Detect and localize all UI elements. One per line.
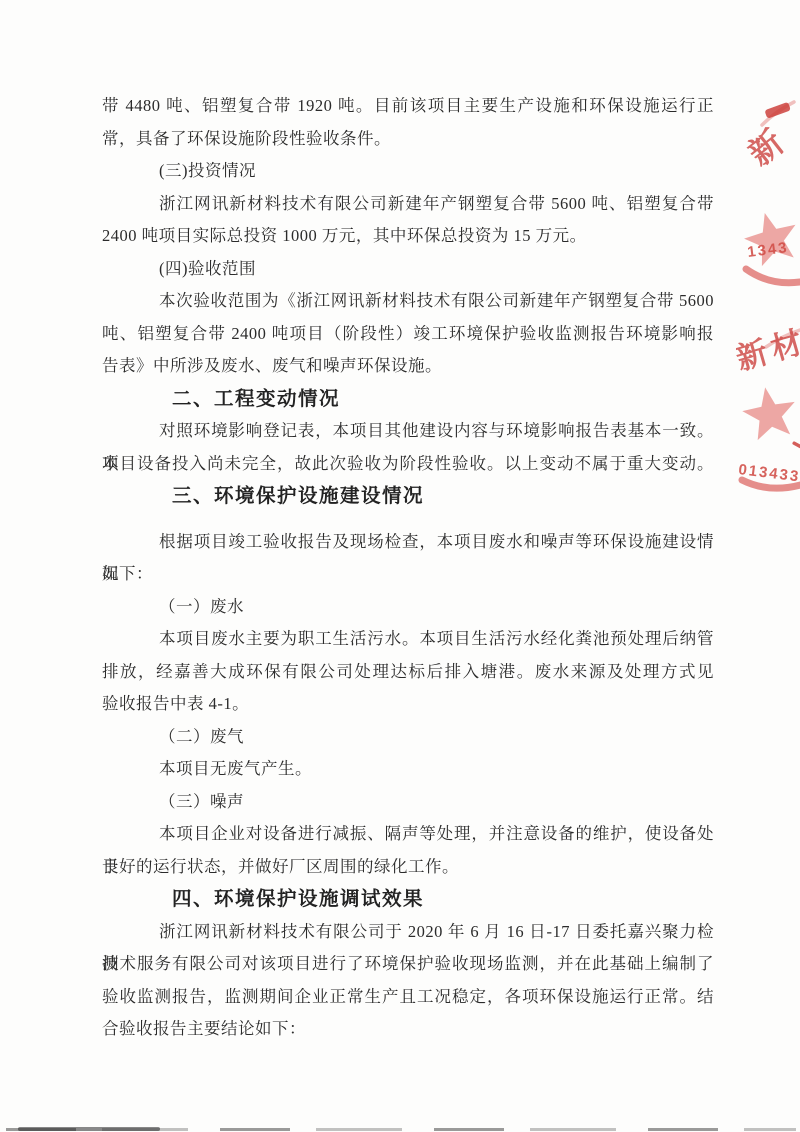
text-line: 浙江网讯新材料技术有限公司于 2020 年 6 月 16 日-17 日委托嘉兴聚… [102,916,714,949]
seal-serial-digits: 1343 [746,239,789,261]
document-text-body: 带 4480 吨、铝塑复合带 1920 吨。目前该项目主要生产设施和环保设施运行… [102,90,714,1046]
text-line: 项目设备投入尚未完全，故此次验收为阶段性验收。以上变动不属于重大变动。 [102,448,714,481]
seal-ink-mark [792,441,800,449]
section-heading: 四、环境保护设施调试效果 [102,883,714,916]
text-line: （一）废水 [102,591,714,624]
star-icon [742,206,800,269]
seal-graphic: 新材 013433 [736,323,800,501]
seal-ring-arc-bottom [742,480,800,488]
scan-edge-artifact-dark [18,1127,160,1131]
text-line: 良好的运行状态，并做好厂区周围的绿化工作。 [102,851,714,884]
text-line: 本项目废水主要为职工生活污水。本项目生活污水经化粪池预处理后纳管 [102,623,714,656]
text-line: 如下： [102,558,714,591]
seal-ring-arc-top [762,102,794,125]
seal-graphic: 新 1343 [742,93,800,293]
text-line: 根据项目竣工验收报告及现场检查，本项目废水和噪声等环保设施建设情况 [102,526,714,559]
seal-ink-mark [764,102,791,119]
seal-characters: 新 [742,123,790,172]
text-line: 排放，经嘉善大成环保有限公司处理达标后排入塘港。废水来源及处理方式见 [102,656,714,689]
text-line: 带 4480 吨、铝塑复合带 1920 吨。目前该项目主要生产设施和环保设施运行… [102,90,714,123]
text-line: 本项目企业对设备进行减振、隔声等处理，并注意设备的维护，使设备处于 [102,818,714,851]
text-line: 验收报告中表 4-1。 [102,688,714,721]
text-line: （三）噪声 [102,786,714,819]
seal-serial-digits: 013433 [738,461,800,485]
text-line: 本次验收范围为《浙江网讯新材料技术有限公司新建年产钢塑复合带 5600 [102,285,714,318]
text-line: (三)投资情况 [102,155,714,188]
seal-ring-arc-bottom [746,269,800,283]
red-seal-stamp-fragment-1: 新 1343 [730,93,800,298]
seal-ring-arc-top [766,330,800,347]
text-line: 对照环境影响登记表，本项目其他建设内容与环境影响报告表基本一致。本 [102,415,714,448]
text-line: 合验收报告主要结论如下： [102,1013,714,1046]
section-heading: 二、工程变动情况 [102,383,714,416]
text-line: 2400 吨项目实际总投资 1000 万元，其中环保总投资为 15 万元。 [102,220,714,253]
red-seal-stamp-fragment-2: 新材 013433 [728,323,800,501]
star-icon [739,383,800,442]
text-line: 常，具备了环保设施阶段性验收条件。 [102,123,714,156]
seal-characters: 新材 [736,323,800,376]
text-line: （二）废气 [102,721,714,754]
text-line: 告表》中所涉及废水、废气和噪声环保设施。 [102,350,714,383]
text-line: 吨、铝塑复合带 2400 吨项目（阶段性）竣工环境保护验收监测报告环境影响报 [102,318,714,351]
text-line: 本项目无废气产生。 [102,753,714,786]
scanned-document-page: 带 4480 吨、铝塑复合带 1920 吨。目前该项目主要生产设施和环保设施运行… [0,0,800,1132]
text-line: 浙江网讯新材料技术有限公司新建年产钢塑复合带 5600 吨、铝塑复合带 [102,188,714,221]
section-heading: 三、环境保护设施建设情况 [102,480,714,513]
text-line: 验收监测报告，监测期间企业正常生产且工况稳定，各项环保设施运行正常。结 [102,981,714,1014]
text-line: (四)验收范围 [102,253,714,286]
text-line: 技术服务有限公司对该项目进行了环境保护验收现场监测，并在此基础上编制了 [102,948,714,981]
